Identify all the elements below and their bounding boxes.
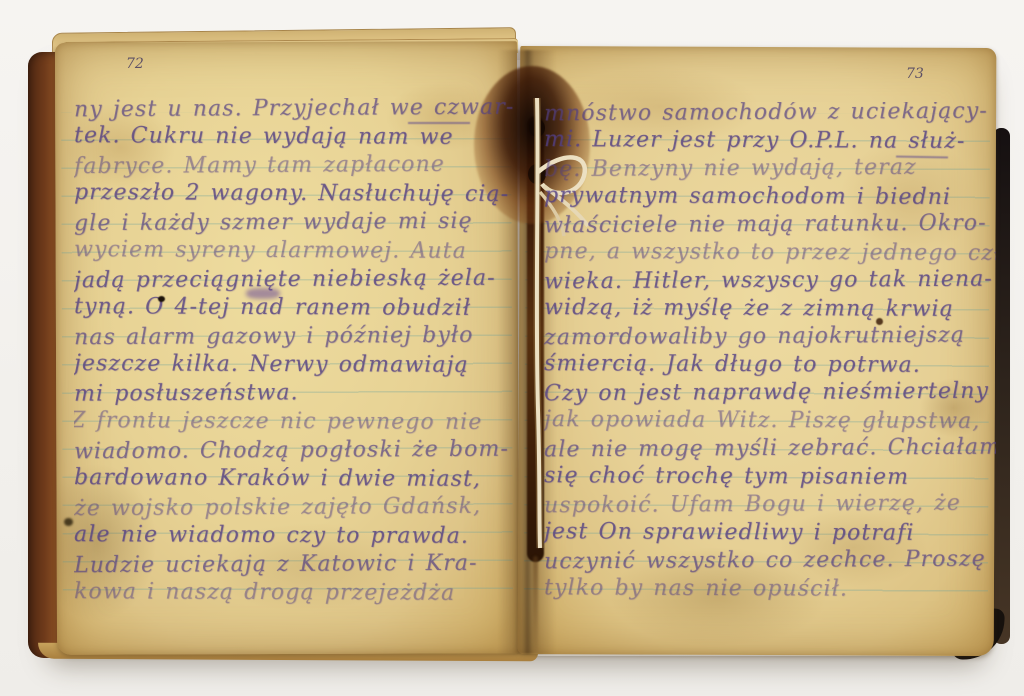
handwriting-line: że wojsko polskie zajęło Gdańsk, [74,496,481,520]
diary-photo: 72 73 ny jest u nas. Przyjechał we czwar… [0,0,1024,696]
handwriting-line: jak opowiada Witz. Piszę głupstwa, [544,409,980,433]
right-page-text: mnóstwo samochodów z uciekający- mi. Luz… [544,102,996,614]
handwriting-line: bardowano Kraków i dwie miast, [74,467,481,491]
handwriting-line: wyciem syreny alarmowej. Auta [74,239,467,263]
handwriting-line: wiadomo. Chodzą pogłoski że bom- [74,439,509,464]
handwriting-line: ale nie wiadomo czy to prawda. [74,524,469,548]
handwriting-line: tek. Cukru nie wydają nam we [74,125,454,149]
handwriting-line: Czy on jest naprawdę nieśmiertelny [544,381,989,406]
handwriting-line: się choć trochę tym pisaniem [544,465,909,489]
ink-smudge [246,288,280,299]
handwriting-line: jadą przeciągnięte niebieską żela- [74,268,496,293]
page-number-right: 73 [906,66,924,82]
handwriting-line: ale nie mogę myśli zebrać. Chciałam [544,437,996,462]
handwriting-line: uspokoić. Ufam Bogu i wierzę, że [544,493,961,518]
page-number-left: 72 [126,56,144,72]
handwriting-line: śmiercią. Jak długo to potrwa. [544,353,921,377]
handwriting-line: prywatnym samochodom i biedni [544,185,951,209]
handwriting-line: uczynić wszystko co zechce. Proszę [544,549,986,574]
left-page-text: ny jest u nas. Przyjechał we czwar- tek.… [74,98,518,618]
handwriting-line: widzą, iż myślę że z zimną krwią [544,297,954,321]
handwriting-line: fabryce. Mamy tam zapłacone [74,154,445,178]
ink-speck [64,518,73,526]
handwriting-line: bę. Benzyny nie wydają, teraz [544,157,917,181]
handwriting-line: mi. Luzer jest przy O.P.L. na służ- [544,129,965,153]
handwriting-line: tyną. O 4-tej nad ranem obudził [74,296,471,320]
handwriting-line: Ludzie uciekają z Katowic i Kra- [74,553,478,577]
handwriting-line: ny jest u nas. Przyjechał we czwar- [74,98,514,121]
handwriting-line: mnóstwo samochodów z uciekający- [544,102,988,125]
handwriting-line: mi posłuszeństwa. [74,382,299,405]
handwriting-line: kowa i naszą drogą przejeżdża [74,581,455,605]
handwriting-line: jeszcze kilka. Nerwy odmawiają [74,353,469,377]
handwriting-line: właściciele nie mają ratunku. Okro- [544,213,987,238]
handwriting-line: wieka. Hitler, wszyscy go tak niena- [544,269,993,294]
handwriting-line: jest On sprawiedliwy i potrafi [544,521,915,545]
handwriting-line: pne, a wszystko to przez jednego czło- [544,241,996,265]
handwriting-line: przeszło 2 wagony. Nasłuchuję cią- [74,182,509,206]
handwriting-line: Z frontu jeszcze nic pewnego nie [74,410,482,434]
handwriting-line: nas alarm gazowy i później było [74,325,474,349]
handwriting-line: gle i każdy szmer wydaje mi się [74,211,473,235]
handwriting-line: tylko by nas nie opuścił. [544,577,848,600]
handwriting-line: zamordowaliby go najokrutniejszą [544,325,965,350]
ink-speck [876,318,883,325]
ink-speck [158,296,165,302]
ink-underline [408,122,470,124]
